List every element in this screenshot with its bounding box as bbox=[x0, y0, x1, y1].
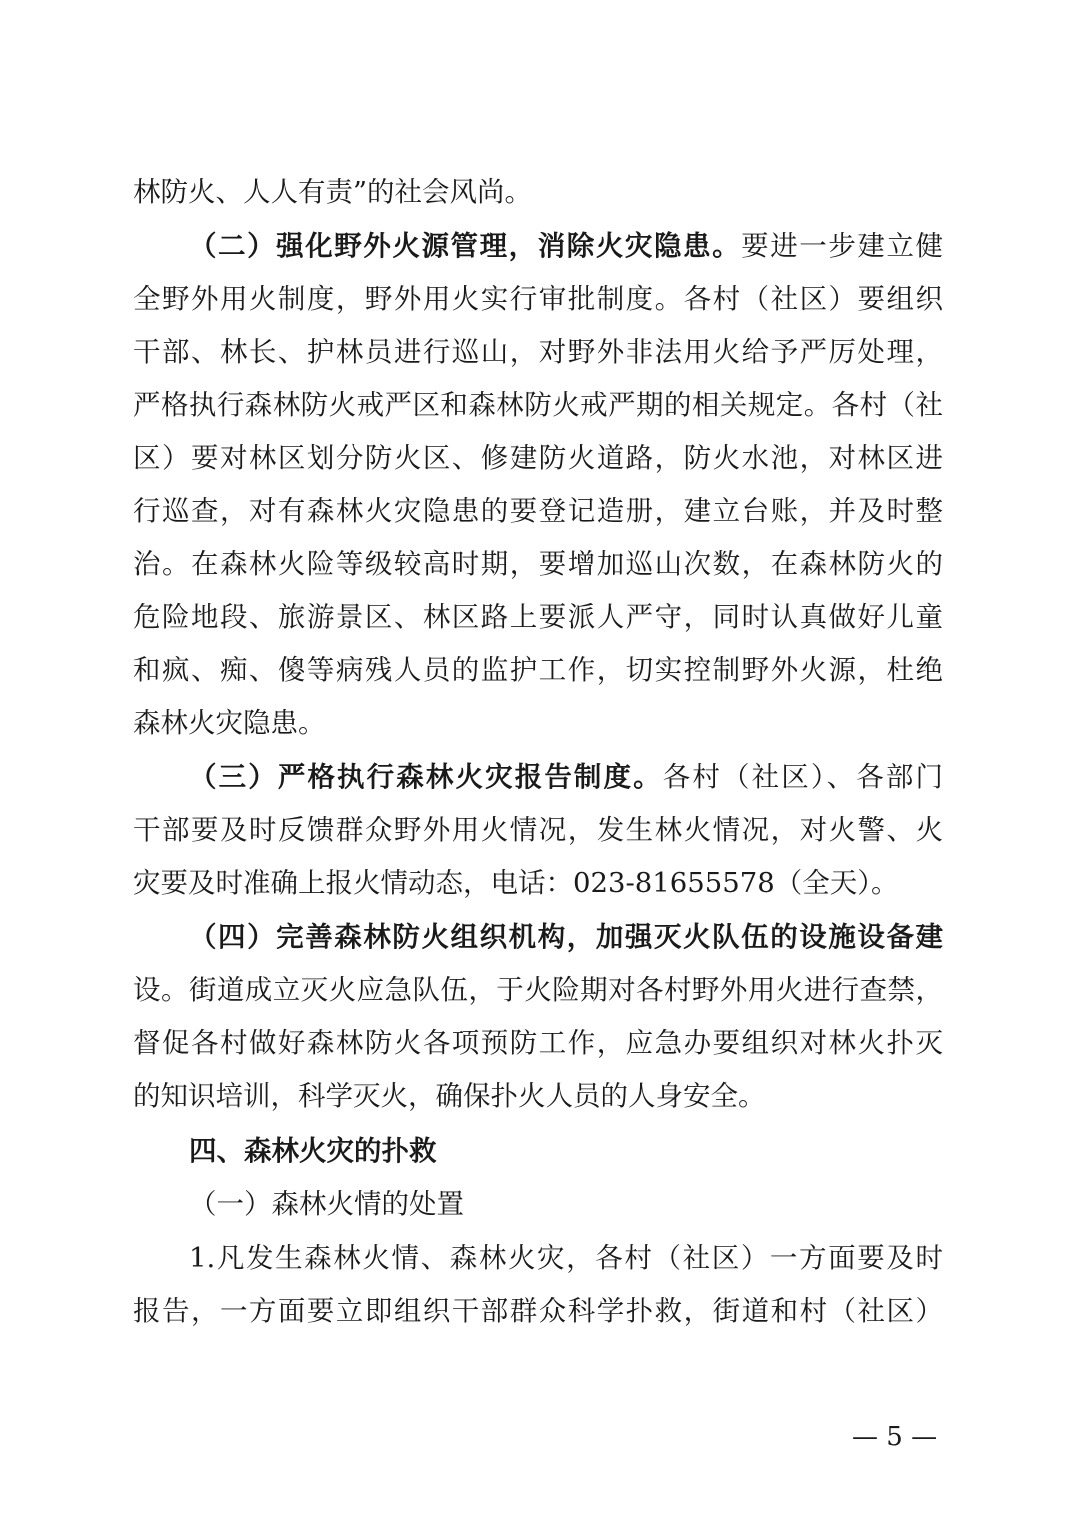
line-text: 报告，一方面要立即组织干部群众科学扑救，街道和村（社区） bbox=[133, 1295, 943, 1327]
paragraph-line: 森林火灾隐患。 bbox=[133, 703, 943, 743]
page-number: — 5 — bbox=[852, 1421, 937, 1453]
line-text: 行巡查，对有森林火灾隐患的要登记造册，建立台账，并及时整 bbox=[133, 495, 943, 527]
line-text: 设。街道成立灭火应急队伍，于火险期对各村野外用火进行查禁， bbox=[133, 974, 943, 1006]
paragraph-line: 1.凡发生森林火情、森林火灾，各村（社区）一方面要及时 bbox=[133, 1238, 943, 1278]
line-text: 督促各村做好森林防火各项预防工作，应急办要组织对林火扑灭 bbox=[133, 1027, 943, 1059]
line-text: 要进一步建立健 bbox=[741, 230, 943, 262]
paragraph-line: 干部、林长、护林员进行巡山，对野外非法用火给予严厉处理， bbox=[133, 332, 943, 372]
line-text: 区）要对林区划分防火区、修建防火道路，防火水池，对林区进 bbox=[133, 442, 943, 474]
subsection-title: （三）严格执行森林火灾报告制度。 bbox=[189, 761, 663, 793]
line-text: 严格执行森林防火戒严区和森林防火戒严期的相关规定。各村（社 bbox=[133, 389, 943, 421]
paragraph-line: 干部要及时反馈群众野外用火情况，发生林火情况，对火警、火 bbox=[133, 810, 943, 850]
section-heading-2: （二）强化野外火源管理，消除火灾隐患。要进一步建立健 bbox=[133, 226, 943, 266]
line-text: 全野外用火制度，野外用火实行审批制度。各村（社区）要组织 bbox=[133, 283, 943, 315]
line-text: 干部要及时反馈群众野外用火情况，发生林火情况，对火警、火 bbox=[133, 814, 943, 846]
paragraph-line: 报告，一方面要立即组织干部群众科学扑救，街道和村（社区） bbox=[133, 1291, 943, 1331]
paragraph-line: 林防火、人人有责”的社会风尚。 bbox=[133, 172, 943, 212]
paragraph-line: 的知识培训，科学灭火，确保扑火人员的人身安全。 bbox=[133, 1076, 943, 1116]
section-heading-4: （四）完善森林防火组织机构，加强灭火队伍的设施设备建 bbox=[133, 917, 943, 957]
subsection-title: （二）强化野外火源管理，消除火灾隐患。 bbox=[189, 230, 741, 262]
line-text: 1.凡发生森林火情、森林火灾，各村（社区）一方面要及时 bbox=[189, 1242, 943, 1274]
paragraph-line: 设。街道成立灭火应急队伍，于火险期对各村野外用火进行查禁， bbox=[133, 970, 943, 1010]
section-title-4: 四、森林火灾的扑救 bbox=[133, 1131, 943, 1171]
paragraph-line: 危险地段、旅游景区、林区路上要派人严守，同时认真做好儿童 bbox=[133, 597, 943, 637]
paragraph-line: 督促各村做好森林防火各项预防工作，应急办要组织对林火扑灭 bbox=[133, 1023, 943, 1063]
line-text: 干部、林长、护林员进行巡山，对野外非法用火给予严厉处理， bbox=[133, 336, 943, 368]
paragraph-line: 全野外用火制度，野外用火实行审批制度。各村（社区）要组织 bbox=[133, 279, 943, 319]
paragraph-line: 行巡查，对有森林火灾隐患的要登记造册，建立台账，并及时整 bbox=[133, 491, 943, 531]
line-text: 治。在森林火险等级较高时期，要增加巡山次数，在森林防火的 bbox=[133, 548, 943, 580]
paragraph-line: 区）要对林区划分防火区、修建防火道路，防火水池，对林区进 bbox=[133, 438, 943, 478]
section-heading-3: （三）严格执行森林火灾报告制度。各村（社区）、各部门 bbox=[133, 757, 943, 797]
paragraph-line: 严格执行森林防火戒严区和森林防火戒严期的相关规定。各村（社 bbox=[133, 385, 943, 425]
line-text: 各村（社区）、各部门 bbox=[663, 761, 943, 793]
line-text: 灾要及时准确上报火情动态，电话：023-81655578（全天）。 bbox=[133, 867, 899, 899]
line-text: 和疯、痴、傻等病残人员的监护工作，切实控制野外火源，杜绝 bbox=[133, 654, 943, 686]
line-text: 林防火、人人有责”的社会风尚。 bbox=[133, 176, 532, 208]
section-title-text: 四、森林火灾的扑救 bbox=[189, 1135, 437, 1167]
line-text: （一）森林火情的处置 bbox=[189, 1188, 464, 1220]
paragraph-line: 和疯、痴、傻等病残人员的监护工作，切实控制野外火源，杜绝 bbox=[133, 650, 943, 690]
subsection-title: （四）完善森林防火组织机构，加强灭火队伍的设施设备建 bbox=[189, 921, 943, 953]
paragraph-line: 治。在森林火险等级较高时期，要增加巡山次数，在森林防火的 bbox=[133, 544, 943, 584]
line-text: 森林火灾隐患。 bbox=[133, 707, 326, 739]
paragraph-line-phone: 灾要及时准确上报火情动态，电话：023-81655578（全天）。 bbox=[133, 863, 943, 903]
subsection-title-1: （一）森林火情的处置 bbox=[133, 1184, 943, 1224]
line-text: 危险地段、旅游景区、林区路上要派人严守，同时认真做好儿童 bbox=[133, 601, 943, 633]
line-text: 的知识培训，科学灭火，确保扑火人员的人身安全。 bbox=[133, 1080, 766, 1112]
